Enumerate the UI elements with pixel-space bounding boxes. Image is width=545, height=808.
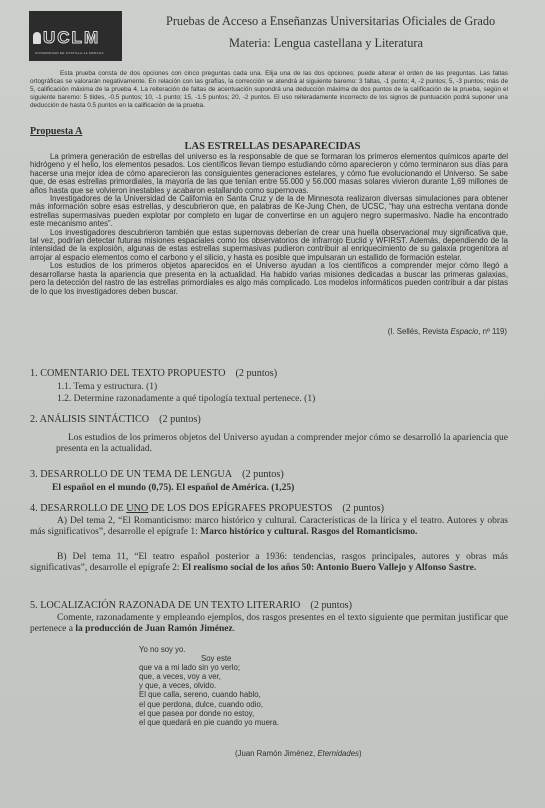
question-4-heading: 4. DESARROLLO DE UNO DE LOS DOS EPÍGRAFE… — [30, 503, 384, 514]
citation-suffix: , nº 119) — [478, 327, 507, 336]
exam-page: UCLM UNIVERSIDAD DE CASTILLA-LA MANCHA P… — [0, 0, 545, 808]
question-points: (2 puntos) — [310, 600, 352, 611]
proposal-label: Propuesta A — [30, 126, 82, 137]
poem-line: y que, a veces, olvido. — [139, 681, 279, 690]
question-title-pre: 4. DESARROLLO DE — [30, 503, 126, 514]
question-points: (2 puntos) — [242, 469, 284, 480]
question-title: 2. ANÁLISIS SINTÁCTICO — [30, 414, 149, 425]
question-4-option-b: B) Del tema 11, “El teatro español poste… — [30, 552, 508, 574]
article-paragraph: Los estudios de los primeros objetos apa… — [30, 262, 508, 296]
instructions-text: Esta prueba consta de dos opciones con c… — [30, 70, 508, 109]
citation-prefix: (I. Sellés, Revista — [388, 327, 451, 336]
text-title: LAS ESTRELLAS DESAPARECIDAS — [0, 141, 545, 152]
question-2-heading: 2. ANÁLISIS SINTÁCTICO(2 puntos) — [30, 414, 201, 425]
logo-text: UCLM — [43, 29, 100, 47]
question-3-heading: 3. DESARROLLO DE UN TEMA DE LENGUA(2 pun… — [30, 469, 284, 480]
uclm-logo: UCLM UNIVERSIDAD DE CASTILLA-LA MANCHA — [29, 11, 122, 61]
logo-mark: UCLM — [33, 28, 100, 47]
poem-line: que, a veces, voy a ver, — [139, 672, 279, 681]
question-5-heading: 5. LOCALIZACIÓN RAZONADA DE UN TEXTO LIT… — [30, 600, 352, 611]
exam-subject: Materia: Lengua castellana y Literatura — [229, 36, 423, 51]
question-2-sentence: Los estudios de los primeros objetos del… — [56, 433, 508, 455]
question-5-prompt: Comente, razonadamente y empleando ejemp… — [30, 613, 508, 635]
poem-line: el que perdona, dulce, cuando odio, — [139, 700, 279, 709]
poem-line: el que quedará en pie cuando yo muera. — [139, 718, 279, 727]
question-title: 3. DESARROLLO DE UN TEMA DE LENGUA — [30, 469, 232, 480]
poem-line: que va a mi lado sin yo verlo; — [139, 663, 279, 672]
question-3-topic: El español en el mundo (0,75). El españo… — [52, 483, 294, 494]
question-title: 5. LOCALIZACIÓN RAZONADA DE UN TEXTO LIT… — [30, 600, 300, 611]
poem-citation-suffix: ) — [359, 749, 362, 758]
poem-line: El que calla, sereno, cuando hablo, — [139, 690, 279, 699]
question-points: (2 puntos) — [236, 368, 278, 379]
option-b-epigraph: El realismo social de los años 50: Anton… — [182, 563, 476, 573]
question-title: 1. COMENTARIO DEL TEXTO PROPUESTO — [30, 368, 226, 379]
prompt-end: . — [233, 624, 235, 634]
article-paragraph: Los investigadores descubrieron también … — [30, 229, 508, 263]
poem-line: Soy este — [139, 654, 279, 663]
article-citation: (I. Sellés, Revista Espacio, nº 119) — [388, 327, 507, 336]
question-title-post: DE LOS DOS EPÍGRAFES PROPUESTOS — [148, 503, 332, 514]
prompt-author: la producción de Juan Ramón Jiménez — [75, 624, 232, 634]
article-body: La primera generación de estrellas del u… — [30, 153, 508, 296]
citation-source: Espacio — [451, 327, 479, 336]
question-points: (2 puntos) — [159, 414, 201, 425]
question-4-option-a: A) Del tema 2, “El Romanticismo: marco h… — [30, 516, 508, 538]
question-points: (2 puntos) — [342, 503, 384, 514]
article-paragraph: La primera generación de estrellas del u… — [30, 153, 508, 195]
poem-citation: (Juan Ramón Jiménez, Eternidades) — [235, 749, 362, 758]
poem-citation-source: Eternidades — [317, 749, 359, 758]
logo-subtitle: UNIVERSIDAD DE CASTILLA-LA MANCHA — [35, 51, 104, 55]
question-1-item-2: 1.2. Determine razonadamente a qué tipol… — [57, 394, 315, 404]
poem-line: el que pasea por donde no estoy, — [139, 709, 279, 718]
option-a-epigraph: Marco histórico y cultural. Rasgos del R… — [200, 527, 417, 537]
instructions: Esta prueba consta de dos opciones con c… — [30, 70, 508, 110]
poem-line: Yo no soy yo. — [139, 645, 279, 654]
exam-title: Pruebas de Acceso a Enseñanzas Universit… — [166, 14, 495, 29]
poem-citation-prefix: (Juan Ramón Jiménez, — [235, 749, 317, 758]
article-paragraph: Investigadores de la Universidad de Cali… — [30, 195, 508, 229]
question-1-item-1: 1.1. Tema y estructura. (1) — [57, 382, 157, 392]
question-title-emphasis: UNO — [126, 503, 148, 514]
poem: Yo no soy yo. Soy este que va a mi lado … — [139, 645, 279, 727]
question-1-heading: 1. COMENTARIO DEL TEXTO PROPUESTO(2 punt… — [30, 368, 277, 379]
uclm-leaf-icon — [33, 32, 41, 44]
text-title-label: LAS ESTRELLAS DESAPARECIDAS — [184, 141, 360, 152]
